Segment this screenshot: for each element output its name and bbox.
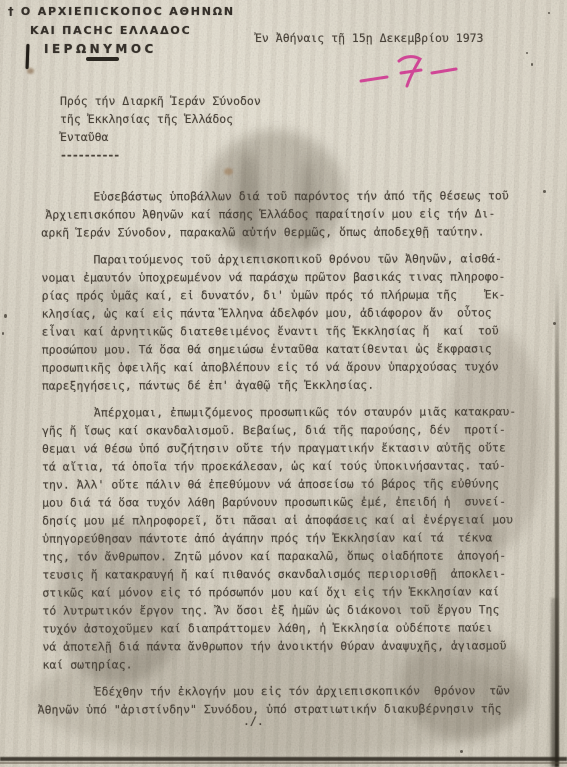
body-paragraph: Παραιτούμενος τοῦ ἀρχιεπισκοπικοῦ θρόνου… [41, 249, 541, 394]
typed-line: αρκῆ Ἱεράν Σύνοδον, παρακαλῶ αὐτήν θερμῶ… [41, 222, 541, 241]
letterhead-line2: ΚΑΙ ΠΑCΗC ΕΛΛΑΔΟC [30, 24, 191, 37]
typed-line: κλησίας, ὡς καί εἰς πάντα Ἕλληνα ἀδελφόν… [42, 303, 542, 322]
typed-line: καί σωτηρίας. [43, 654, 543, 673]
typed-line: εἶναι καί ἀρνητικῶς διατεθειμένος ἔναντι… [42, 321, 542, 340]
letterhead-line1: † Ο ΑΡΧΙΕΠΙCΚΟΠΟC ΑΘΗΝΩΝ [8, 5, 235, 18]
typed-line: δησίς μου μέ πληροφορεῖ, ὅτι πᾶσαι αἱ ἀπ… [42, 510, 542, 529]
typed-line: στικῶς καί μόνον εἰς τό πρόσωπόν μου καί… [42, 582, 542, 601]
speck [526, 52, 528, 54]
typed-line: τά αἴτια, τά ὁποῖα τήν προεκάλεσαν, ὡς κ… [42, 456, 542, 475]
typed-line: ὑπηγορεύθησαν πάντοτε ἀπό ἀγάπην πρός τή… [42, 528, 542, 547]
letter-body: Εὐσεβάστως ὑποβάλλων διά τοῦ παρόντος τή… [41, 186, 542, 727]
typed-line: Ἐδέχθην τήν ἐκλογήν μου εἰς τόν ἀρχιεπισ… [43, 681, 543, 700]
typed-line: τυχόν ἀστοχοῦμεν καί διαπράττομεν λάθη, … [42, 618, 542, 637]
typed-line: νά ἀποτελῇ διά πάντα ἄνθρωπον τήν ἀνοικτ… [42, 636, 542, 655]
typed-line: προσωπικῆς ὀφειλῆς καί ἀποβλέπουν εἰς τό… [42, 357, 542, 376]
handwritten-page-number [356, 50, 468, 92]
typed-line: ρίας πρός ὑμᾶς καί, εἰ δυνατόν, δι' ὑμῶν… [42, 285, 542, 304]
typed-line: Ἀθηνῶν ὑπό "ἀριστίνδην" Συνόδου, ὑπό στρ… [38, 699, 543, 718]
speck [543, 190, 546, 193]
typed-line: της, τόν ἄνθρωπον. Ζητῶ μόνον καί παρακα… [42, 546, 542, 565]
typed-line: μου διά τά ὅσα τυχόν λάθη βαρύνουν προσω… [42, 492, 542, 511]
stain-mark [27, 68, 34, 74]
letterhead-name: ΙΕΡΩΝΥΜΟC [44, 42, 157, 56]
typed-line: προσώπου μου. Τά ὅσα θά σημειώσω ἐνταῦθα… [42, 339, 542, 358]
typed-line: τευσις ἤ κατακραυγή ἤ καί πιθανός σκανδα… [42, 564, 542, 583]
pen-mark [26, 44, 30, 69]
typed-line: τό λυτρωτικόν ἔργον της. Ἄν ὅσοι ἐξ ἡμῶν… [42, 600, 542, 619]
speck [553, 322, 556, 325]
scan-edge-bottom-shadow [0, 762, 567, 764]
stain-mark [224, 168, 233, 175]
body-paragraph: Ἐδέχθην τήν ἐκλογήν μου εἰς τόν ἀρχιεπισ… [43, 681, 543, 718]
recipient-line: τῆς Ἐκκλησίας τῆς Ἑλλάδος [60, 110, 261, 128]
typed-line: την. Ἀλλ' οὔτε πάλιν θά ἐπεθύμουν νά ἀπο… [42, 474, 542, 493]
letterhead-underline [86, 57, 119, 61]
typed-line: Παραιτούμενος τοῦ ἀρχιεπισκοπικοῦ θρόνου… [41, 249, 541, 268]
typed-line: γῆς ἤ ἴσως καί σκανδαλισμοῦ. Βεβαίως, δι… [42, 420, 542, 439]
scanned-letter-page: † Ο ΑΡΧΙΕΠΙCΚΟΠΟC ΑΘΗΝΩΝ ΚΑΙ ΠΑCΗC ΕΛΛΑΔ… [0, 0, 567, 767]
body-paragraph: Ἀπέρχομαι, ἐπωμιζόμενος προσωπικῶς τόν σ… [42, 402, 543, 673]
speck [2, 332, 4, 335]
typed-line: νομαι ἐμαυτόν ὑποχρεωμένον νά παράσχω πρ… [42, 267, 542, 286]
speck [4, 314, 7, 318]
recipient-block: Πρός τήν Διαρκῆ Ἱεράν Σύνοδον τῆς Ἐκκλησ… [60, 92, 261, 164]
body-paragraph: Εὐσεβάστως ὑποβάλλων διά τοῦ παρόντος τή… [41, 186, 541, 241]
typed-line: παρεξηγήσεις, πάντως δέ ἐπ' ἀγαθῷ τῆς Ἐκ… [42, 375, 542, 394]
recipient-line: Πρός τήν Διαρκῆ Ἱεράν Σύνοδον [60, 92, 261, 110]
speck [548, 12, 550, 14]
speck [460, 750, 463, 753]
date-line: Ἐν Ἀθήναις τῇ 15ῃ Δεκεμβρίου 1973 [255, 31, 483, 45]
recipient-line: Ἐνταῦθα [60, 128, 261, 146]
recipient-underline: ---------- [60, 146, 261, 164]
continuation-mark: ./. [243, 714, 264, 728]
typed-line: Ἀπέρχομαι, ἐπωμιζόμενος προσωπικῶς τόν σ… [42, 402, 542, 421]
typed-line: Εὐσεβάστως ὑποβάλλων διά τοῦ παρόντος τή… [41, 186, 541, 205]
scan-edge-bottom [0, 757, 567, 761]
typed-line: Ἀρχιεπισκόπου Ἀθηνῶν καί πάσης Ἑλλάδος π… [45, 204, 541, 223]
typed-line: θεμαι νά θέσω ὑπό συζήτησιν οὔτε τήν πρα… [42, 438, 542, 457]
speck [531, 63, 533, 66]
scan-edge-right-dark [551, 598, 558, 767]
